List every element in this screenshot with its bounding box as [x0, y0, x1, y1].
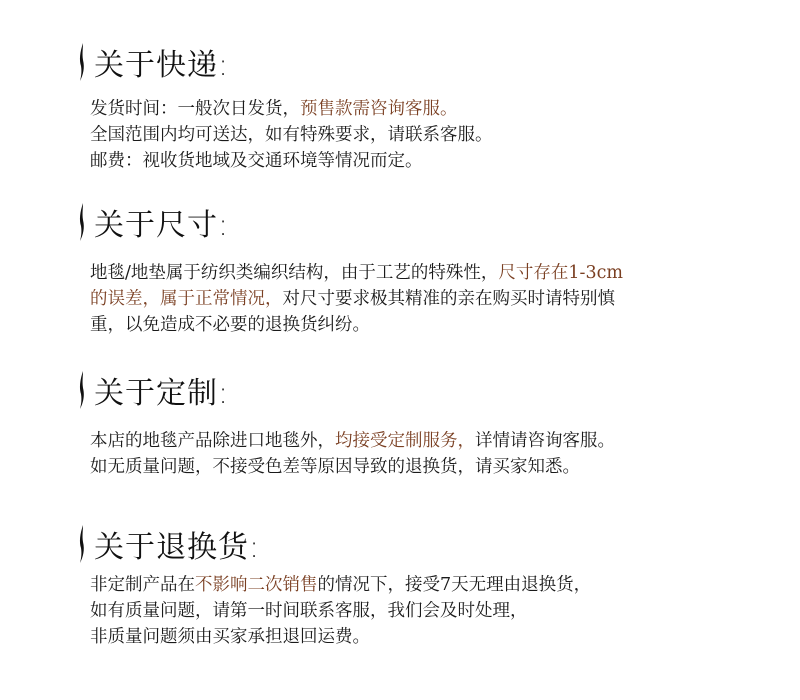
body-text: 的情况下，接受7天无理由退换货， — [318, 575, 592, 595]
highlight-text: 均接受定制服务， — [335, 431, 475, 451]
highlight-text: 尺寸存在1-3cm — [498, 263, 623, 283]
text-line: 重，以免造成不必要的退换货纠纷。 — [90, 312, 770, 338]
body-text: 发货时间：一般次日发货， — [90, 99, 300, 119]
brush-stroke-icon — [78, 202, 86, 242]
highlight-text: 预售款需咨询客服。 — [300, 99, 458, 119]
text-line: 地毯/地垫属于纺织类编织结构，由于工艺的特殊性，尺寸存在1-3cm — [90, 260, 770, 286]
brush-stroke-icon — [78, 42, 86, 82]
section-title: 关于定制: — [94, 368, 229, 412]
body-text: 非定制产品在 — [90, 575, 195, 595]
text-line: 如有质量问题，请第一时间联系客服，我们会及时处理， — [90, 598, 770, 624]
section-title: 关于快递: — [94, 40, 229, 84]
highlight-text: 不影响二次销售 — [195, 575, 318, 595]
body-text: 非质量问题须由买家承担退回运费。 — [90, 627, 370, 647]
body-text: 如无质量问题，不接受色差等原因导致的退换货，请买家知悉。 — [90, 457, 580, 477]
text-line: 本店的地毯产品除进口地毯外，均接受定制服务，详情请咨询客服。 — [90, 428, 770, 454]
section-heading: 关于尺寸: — [78, 200, 229, 244]
body-text: 如有质量问题，请第一时间联系客服，我们会及时处理， — [90, 601, 528, 621]
body-text: 重，以免造成不必要的退换货纠纷。 — [90, 315, 370, 335]
body-text: 地毯/地垫属于纺织类编织结构，由于工艺的特殊性， — [90, 263, 498, 283]
body-text: 本店的地毯产品除进口地毯外， — [90, 431, 335, 451]
text-line: 的误差，属于正常情况，对尺寸要求极其精准的亲在购买时请特别慎 — [90, 286, 770, 312]
body-text: 详情请咨询客服。 — [475, 431, 615, 451]
highlight-text: 的误差，属于正常情况， — [90, 289, 283, 309]
section-body: 发货时间：一般次日发货，预售款需咨询客服。全国范围内均可送达，如有特殊要求，请联… — [90, 96, 770, 174]
brush-stroke-icon — [78, 524, 86, 564]
text-line: 发货时间：一般次日发货，预售款需咨询客服。 — [90, 96, 770, 122]
text-line: 邮费：视收货地域及交通环境等情况而定。 — [90, 148, 770, 174]
section-body: 本店的地毯产品除进口地毯外，均接受定制服务，详情请咨询客服。如无质量问题，不接受… — [90, 428, 770, 480]
brush-stroke-icon — [78, 370, 86, 410]
section-heading: 关于快递: — [78, 40, 229, 84]
section-title: 关于尺寸: — [94, 200, 229, 244]
section-heading: 关于定制: — [78, 368, 229, 412]
section-title: 关于退换货: — [94, 522, 260, 566]
text-line: 如无质量问题，不接受色差等原因导致的退换货，请买家知悉。 — [90, 454, 770, 480]
body-text: 对尺寸要求极其精准的亲在购买时请特别慎 — [283, 289, 616, 309]
section-heading: 关于退换货: — [78, 522, 260, 566]
text-line: 非质量问题须由买家承担退回运费。 — [90, 624, 770, 650]
body-text: 全国范围内均可送达，如有特殊要求，请联系客服。 — [90, 125, 493, 145]
text-line: 全国范围内均可送达，如有特殊要求，请联系客服。 — [90, 122, 770, 148]
section-body: 非定制产品在不影响二次销售的情况下，接受7天无理由退换货，如有质量问题，请第一时… — [90, 572, 770, 650]
section-body: 地毯/地垫属于纺织类编织结构，由于工艺的特殊性，尺寸存在1-3cm的误差，属于正… — [90, 260, 770, 338]
text-line: 非定制产品在不影响二次销售的情况下，接受7天无理由退换货， — [90, 572, 770, 598]
body-text: 邮费：视收货地域及交通环境等情况而定。 — [90, 151, 423, 171]
